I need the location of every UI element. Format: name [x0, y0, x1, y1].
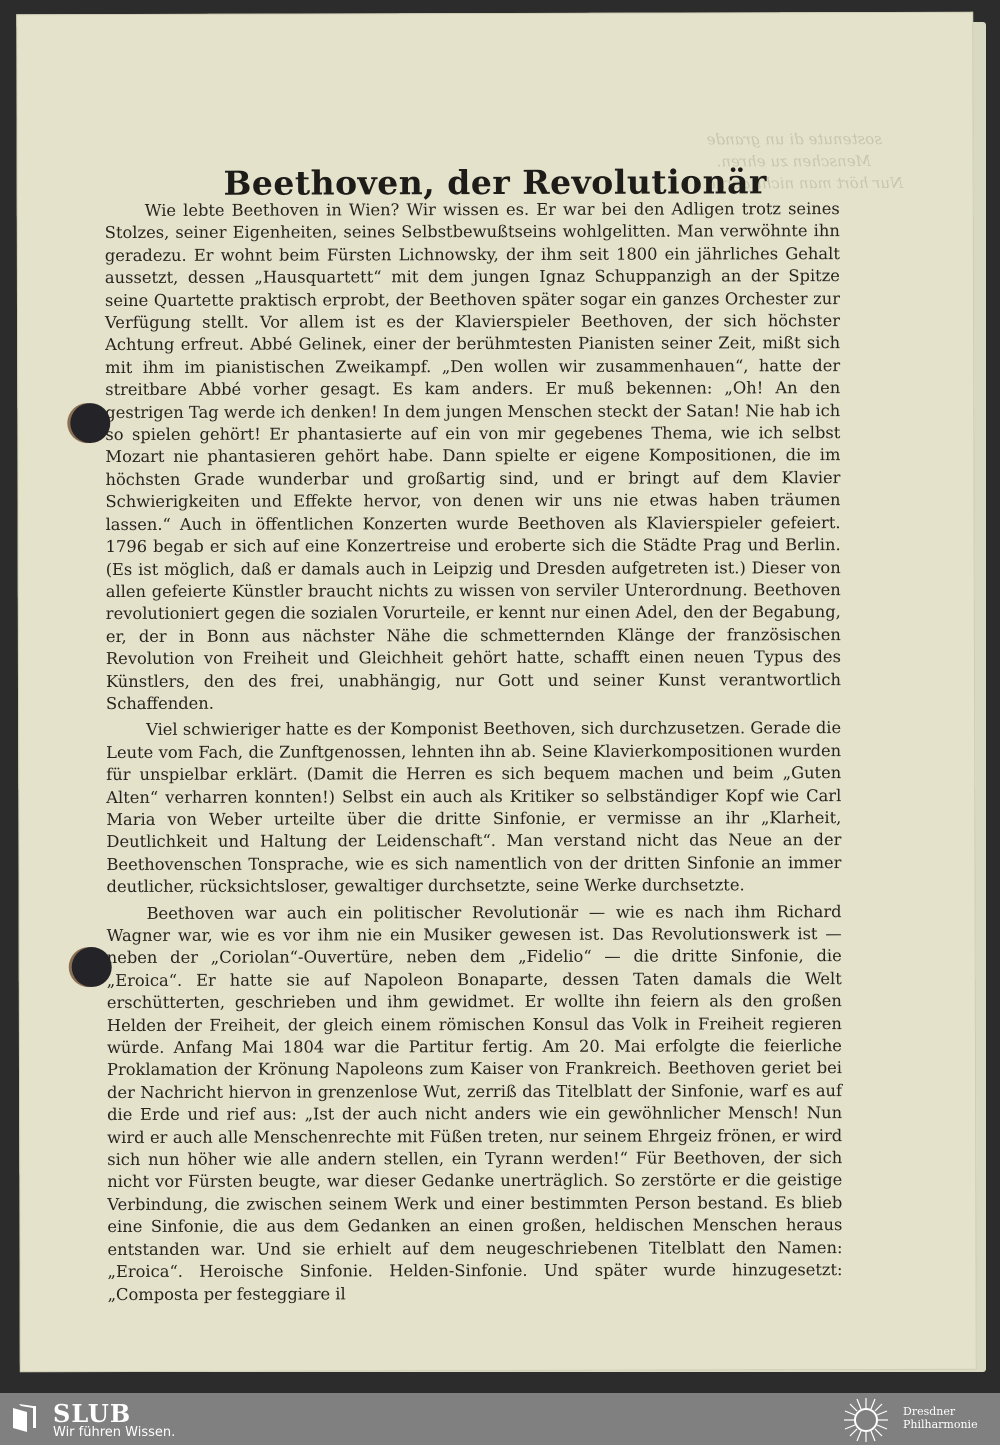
slub-tagline: Wir führen Wissen.: [53, 1425, 175, 1440]
dresdner-philharmonie-brand[interactable]: Dresdner Philharmonie: [903, 1405, 978, 1431]
brand-line: Dresdner: [903, 1405, 978, 1418]
bleed-through-text: sostenute di un grande: [707, 130, 882, 148]
paragraph: Viel schwieriger hatte es der Komponist …: [106, 717, 841, 898]
punch-hole: [72, 947, 112, 987]
punch-hole: [70, 403, 110, 443]
paragraph: Wie lebte Beethoven in Wien? Wir wissen …: [105, 198, 841, 715]
footer-bar: SLUB Wir führen Wissen. Dresdner Philhar…: [0, 1393, 1000, 1445]
slub-brand[interactable]: SLUB: [53, 1399, 131, 1428]
paragraph: Beethoven war auch ein politischer Revol…: [107, 901, 843, 1306]
scan-area: sostenute di un grande Menschen zu ehren…: [0, 0, 1000, 1393]
article-body: Wie lebte Beethoven in Wien? Wir wissen …: [105, 198, 843, 1310]
dresdner-philharmonie-sun-icon: [843, 1397, 889, 1443]
slub-book-icon: [13, 1404, 39, 1432]
brand-line: Philharmonie: [903, 1418, 978, 1431]
document-page: sostenute di un grande Menschen zu ehren…: [16, 12, 977, 1373]
